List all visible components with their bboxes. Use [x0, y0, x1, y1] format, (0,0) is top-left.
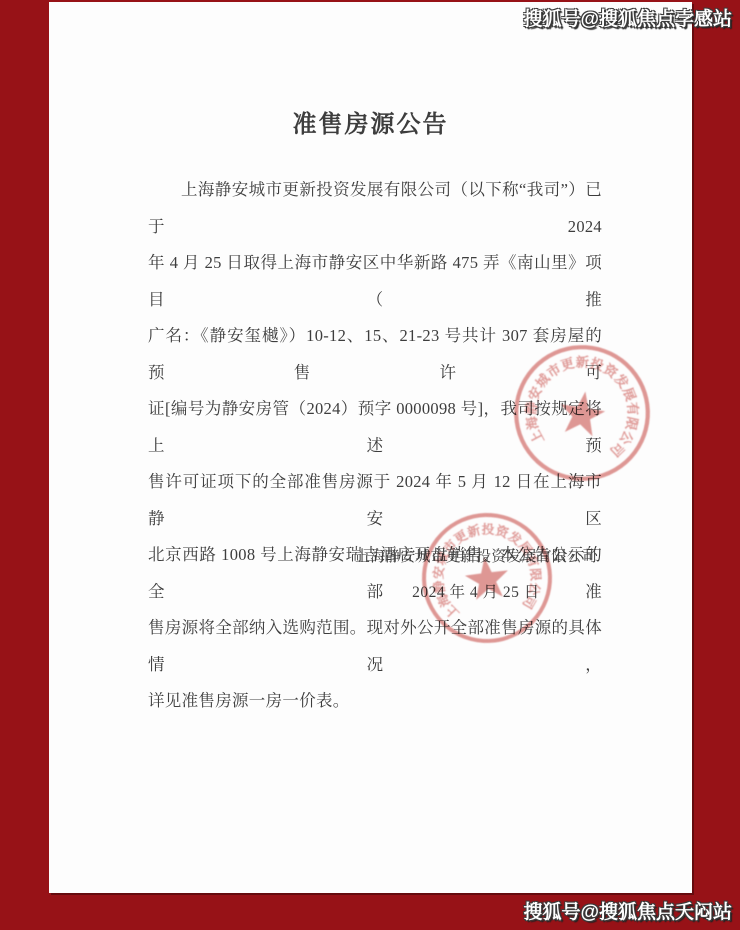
star-icon: [556, 388, 607, 438]
company-seal-stamp-signature: 上海静安城市更新投资发展有限公司: [412, 503, 561, 652]
document-page: 准售房源公告 上海静安城市更新投资发展有限公司（以下称“我司”）已于 2024 …: [49, 2, 692, 893]
document-title: 准售房源公告: [49, 104, 692, 139]
watermark-top: 搜狐号@搜狐焦点孛感站: [523, 4, 732, 31]
watermark-bottom: 搜狐号@搜狐焦点夭闷站: [523, 897, 732, 924]
paragraph-line: 年 4 月 25 日取得上海市静安区中华新路 475 弄《南山里》项目（推: [148, 245, 602, 318]
paragraph-line: 详见准售房源一房一价表。: [148, 683, 602, 720]
paragraph-line: 上海静安城市更新投资发展有限公司（以下称“我司”）已于 2024: [148, 172, 602, 245]
screenshot-root: 搜狐号@搜狐焦点孛感站 准售房源公告 上海静安城市更新投资发展有限公司（以下称“…: [0, 0, 740, 930]
company-seal-stamp-body: 上海静安城市更新投资发展有限公司: [502, 333, 662, 493]
star-icon: [463, 555, 511, 601]
